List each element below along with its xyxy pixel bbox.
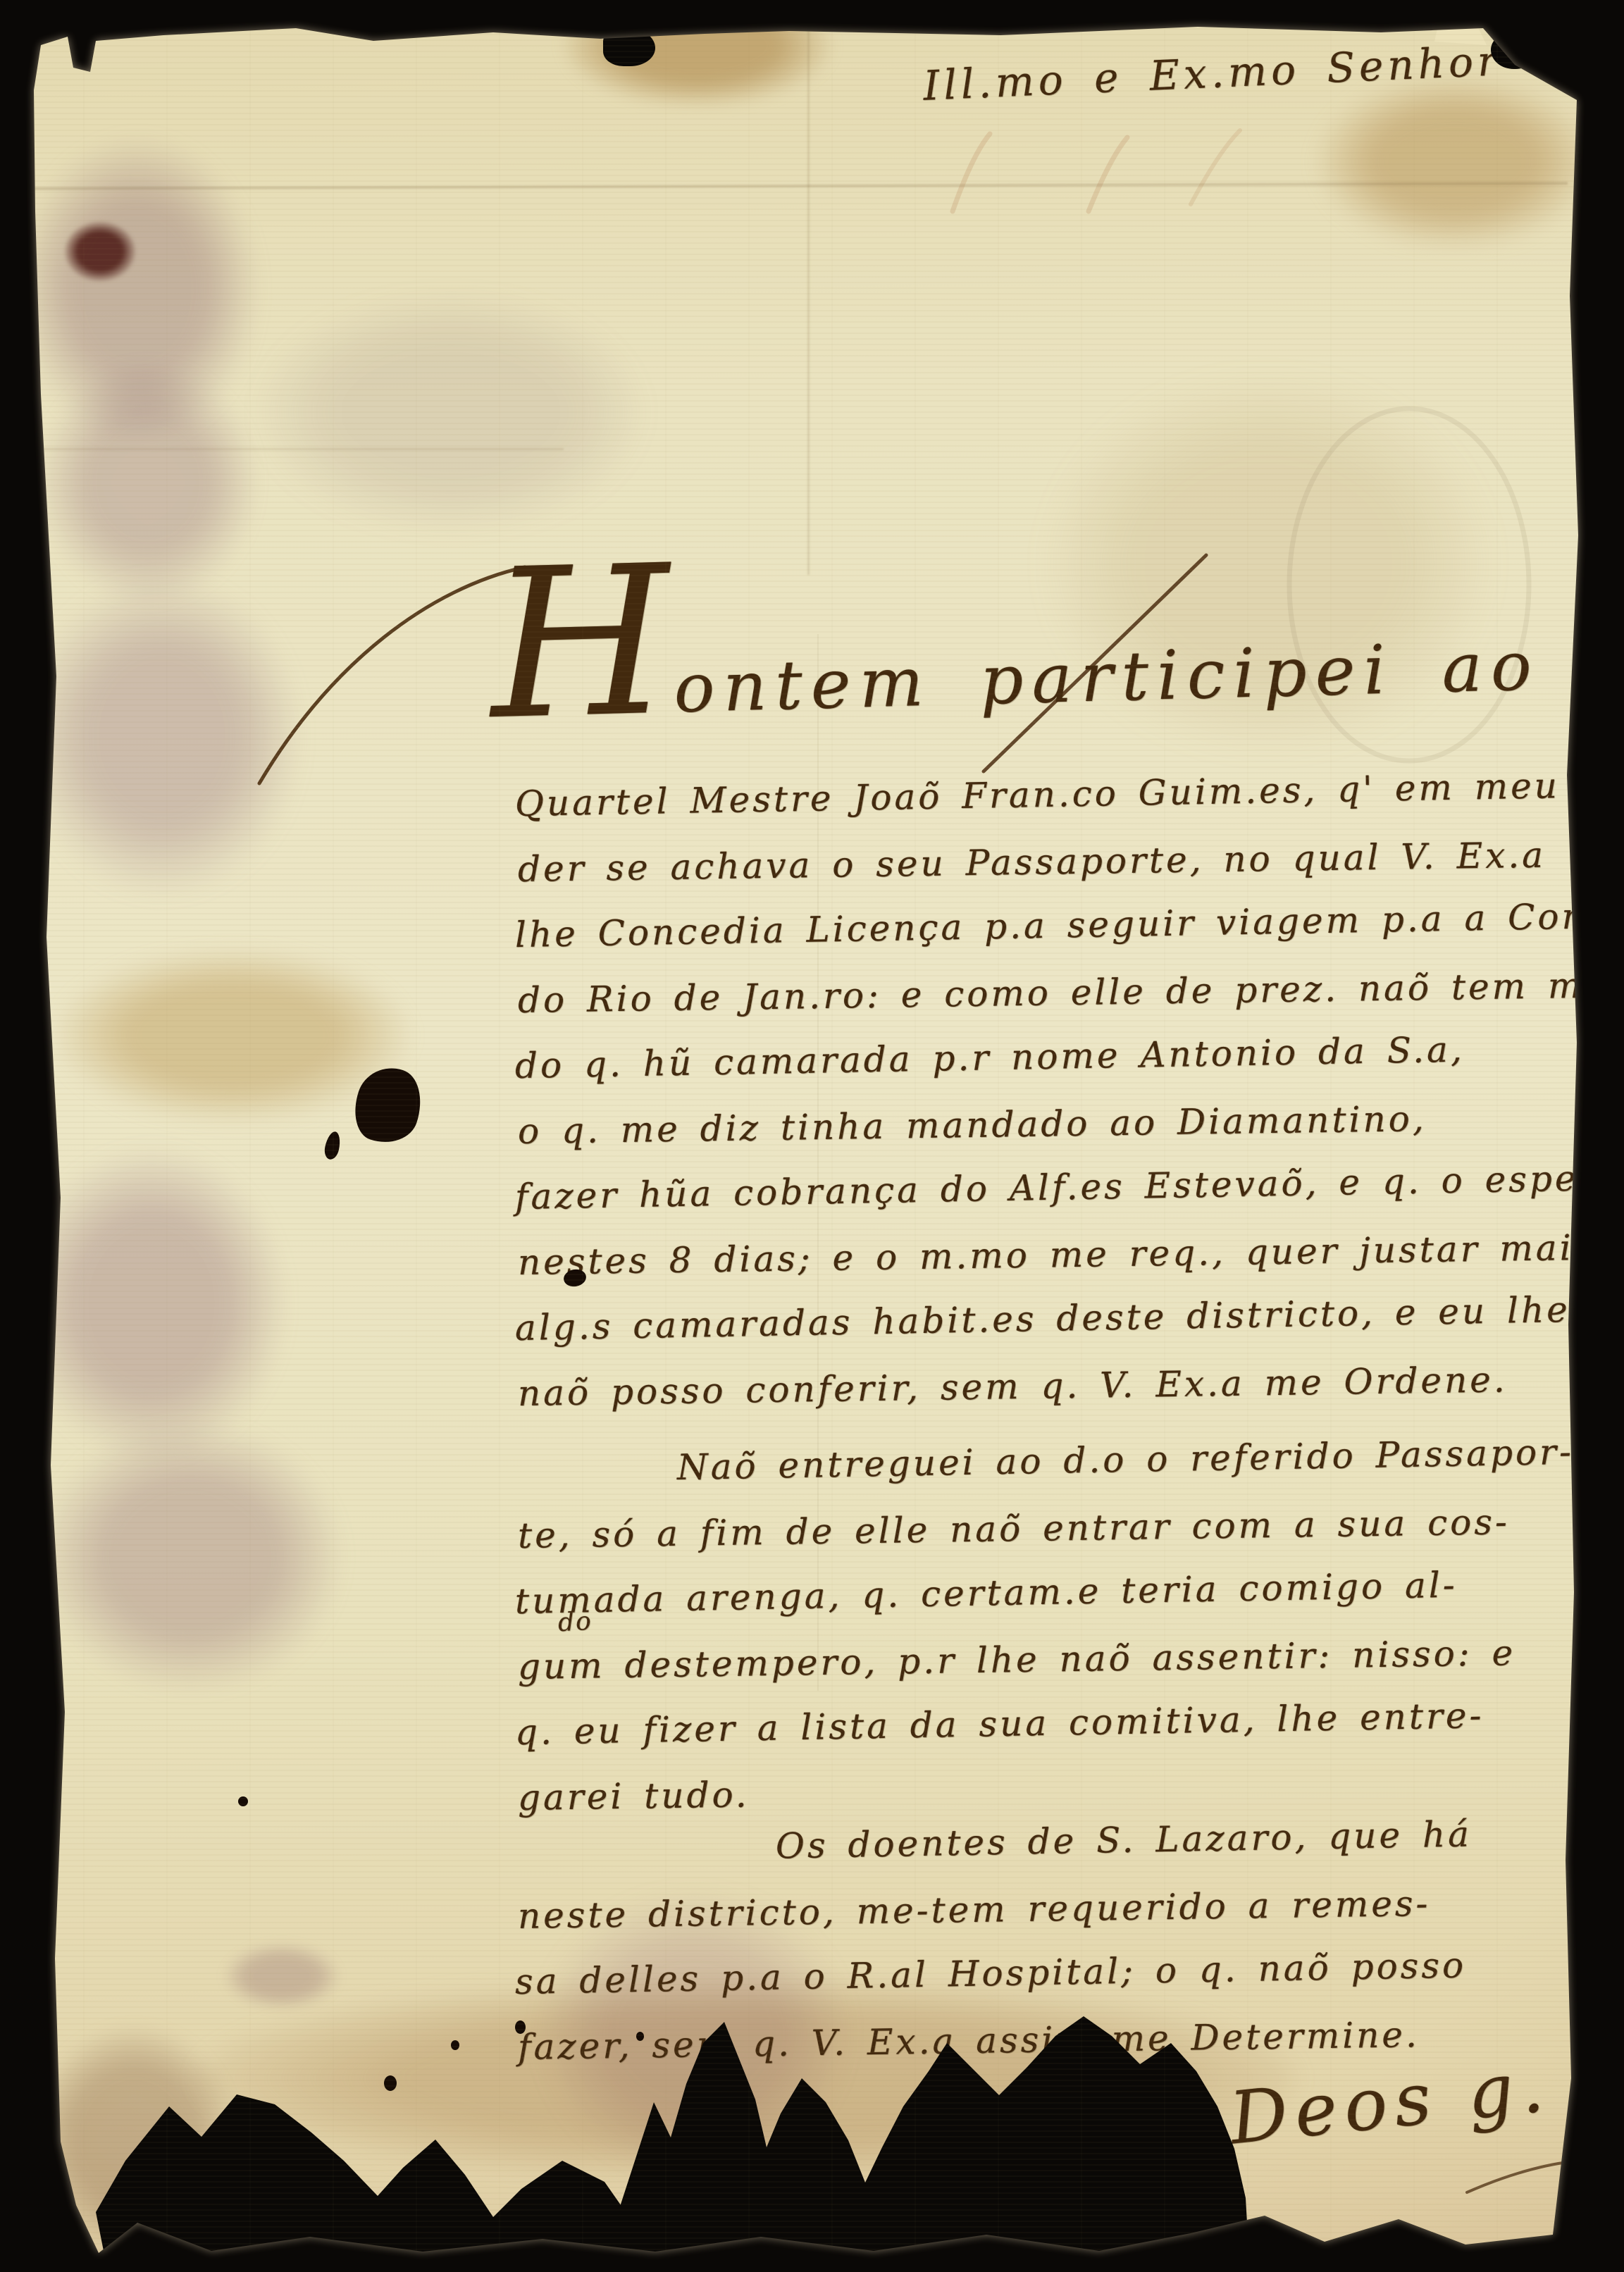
- paper-tab-top-center: [558, 0, 647, 44]
- opening-line: Hontem participei ao: [488, 515, 1541, 748]
- text-line: o q. me diz tinha mandado ao Diamantino,: [517, 1084, 1589, 1165]
- interline-insertion: do: [557, 1607, 593, 1637]
- photo-backdrop: { "letter": { "salutation": "Ill.mo e Ex…: [0, 0, 1624, 2272]
- ink-spot: [451, 2040, 459, 2050]
- opening-text: ontem participei ao: [673, 626, 1541, 728]
- water-stain-purple: [18, 1148, 285, 1458]
- pen-flourish: [984, 555, 1206, 771]
- ink-spot: [384, 2075, 397, 2091]
- text-line: Os doentes de S. Lazaro, que há: [514, 1800, 1586, 1885]
- ink-spot: [238, 1796, 248, 1806]
- pen-flourish: [259, 567, 525, 783]
- ink-drip: [323, 1130, 342, 1160]
- water-stain-tan: [1318, 77, 1592, 247]
- text-line: nestes 8 dias; e o m.mo me req., quer ju…: [517, 1215, 1589, 1296]
- paper-tab-top-right: [1434, 0, 1487, 45]
- text-line: Naõ entreguei ao d.o o referido Passapor…: [514, 1420, 1586, 1504]
- text-line: q. eu fizer a lista da sua comitiva, lhe…: [514, 1682, 1586, 1766]
- water-stain-purple: [225, 1944, 338, 2008]
- text-line: sa delles p.a o R.al Hospital; o q. naõ …: [514, 1931, 1586, 2016]
- pen-flourish: [1467, 2161, 1603, 2192]
- text-line: Quartel Mestre Joaõ Fran.co Guim.es, q' …: [514, 753, 1586, 838]
- paper-hole-top-right: [1491, 32, 1535, 69]
- text-line: te, só a fim de elle naõ entrar com a su…: [517, 1489, 1589, 1569]
- text-line: tumada arenga, q. certam.e teria comigo …: [514, 1551, 1586, 1635]
- manuscript-paper: Ill.mo e Ex.mo Senhor Hontem participei …: [0, 0, 1624, 2272]
- water-stain-tan: [1050, 380, 1487, 747]
- text-line: do q. hũ camarada p.r nome Antonio da S.…: [514, 1015, 1586, 1100]
- ink-bleedthrough: [261, 296, 641, 528]
- water-stain-purple: [18, 137, 257, 440]
- scorch-stain-bottom-left: [35, 2029, 233, 2247]
- scorch-stain-bottom: [197, 1980, 1296, 2177]
- water-stain-purple: [39, 363, 257, 602]
- body-paragraph-1: Quartel Mestre Joaõ Fran.co Guim.es, q' …: [518, 771, 1589, 1427]
- closing-formula: Deos g.: [1226, 2044, 1554, 2161]
- text-line: gum destempero, p.r lhe naõ assentir: ni…: [517, 1620, 1589, 1700]
- fold-crease-horizontal: [32, 182, 1568, 190]
- fold-crease-vertical: [807, 25, 810, 575]
- water-stain-tan: [564, 0, 831, 106]
- water-stain-violet: [543, 1895, 845, 2170]
- salutation: Ill.mo e Ex.mo Senhor: [922, 37, 1502, 110]
- water-stain-tan: [56, 951, 409, 1120]
- mildew-spot: [65, 222, 135, 281]
- ink-blot: [562, 1267, 588, 1288]
- text-line: garei tudo.: [517, 1751, 1589, 1831]
- water-stain-purple: [39, 1423, 342, 1691]
- ink-blot: [346, 1059, 431, 1151]
- opening-capital: H: [488, 521, 676, 765]
- water-stain-purple: [25, 578, 299, 895]
- ink-spot: [515, 2020, 526, 2034]
- text-line: naõ posso conferir, sem q. V. Ex.a me Or…: [517, 1346, 1589, 1427]
- bleedthrough-stroke: [1089, 137, 1127, 211]
- text-line: alg.s camaradas habit.es deste districto…: [514, 1277, 1586, 1362]
- text-line: fazer, sem q. V. Ex.a assim me Determine…: [517, 2000, 1589, 2080]
- letter-body: Quartel Mestre Joaõ Fran.co Guim.es, q' …: [518, 771, 1589, 2080]
- faint-pen-oval: [1289, 409, 1529, 761]
- burn-hole-bottom-left: [90, 2068, 654, 2272]
- fold-crease-vertical: [817, 634, 819, 1691]
- text-line: do Rio de Jan.ro: e como elle de prez. n…: [517, 953, 1589, 1033]
- text-line: der se achava o seu Passaporte, no qual …: [517, 822, 1589, 902]
- pen-flourish-svg: [0, 0, 1624, 2272]
- bleedthrough-stroke: [1191, 130, 1240, 204]
- fold-crease-horizontal: [28, 448, 564, 450]
- text-line: lhe Concedia Licença p.a seguir viagem p…: [514, 884, 1586, 969]
- text-line: fazer hũa cobrança do Alf.es Estevaõ, e …: [514, 1146, 1586, 1231]
- ink-spot: [636, 2032, 644, 2041]
- body-paragraph-2: Naõ entreguei ao d.o o referido Passapor…: [518, 1438, 1589, 1831]
- bleedthrough-stroke: [953, 134, 990, 211]
- text-line: neste districto, me-tem requerido a reme…: [517, 1869, 1589, 1949]
- paper-hole-top-center: [603, 28, 655, 66]
- body-paragraph-3: Os doentes de S. Lazaro, que há neste di…: [518, 1818, 1589, 2080]
- burn-hole-bottom-center: [607, 2006, 1254, 2272]
- manuscript-photo: Ill.mo e Ex.mo Senhor Hontem participei …: [0, 0, 1624, 2272]
